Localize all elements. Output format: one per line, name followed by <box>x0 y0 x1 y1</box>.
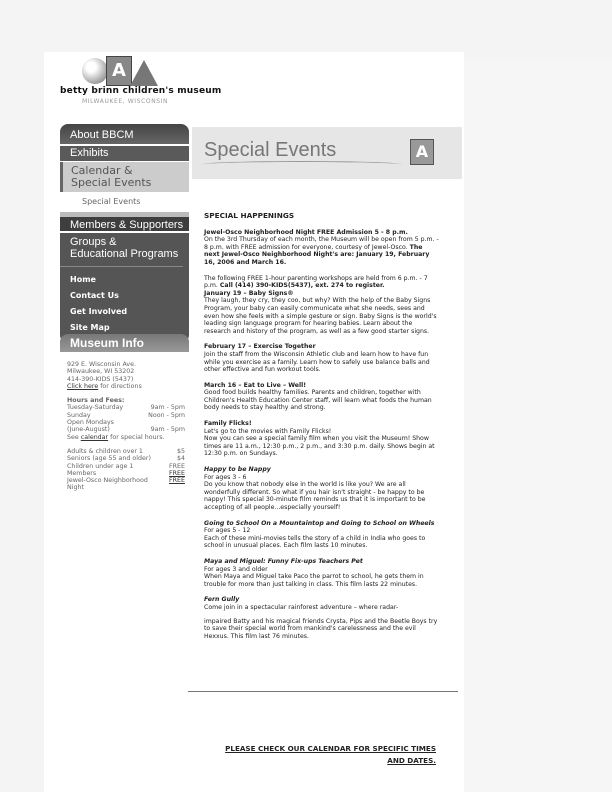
museum-logo[interactable]: A betty brinn children's museum MILWAUKE… <box>60 56 200 106</box>
scan-fold-line <box>188 691 458 692</box>
nav-groups-educational[interactable]: Groups & Educational Programs <box>60 233 183 267</box>
address-line1: 929 E. Wisconsin Ave. <box>67 361 185 368</box>
museum-info-heading: Museum Info <box>60 334 189 352</box>
workshops-intro: The following FREE 1-hour parenting work… <box>204 275 440 290</box>
sidebar-nav: About BBCM Exhibits Calendar & Special E… <box>60 124 189 343</box>
film-body: When Maya and Miguel take Paco the parro… <box>204 573 440 588</box>
hours-row: SundayNoon - 5pm <box>67 412 185 419</box>
event-title: March 16 – Eat to Live – Well! <box>204 382 440 390</box>
event-body: Now you can see a special family film wh… <box>204 435 440 458</box>
swoosh-decoration <box>202 161 402 168</box>
directions-link[interactable]: Click here <box>67 383 98 390</box>
nav-calendar-special-events[interactable]: Calendar & Special Events <box>60 162 189 192</box>
main-content: SPECIAL HAPPENINGS Jewel-Osco Neighborho… <box>204 212 440 640</box>
fee-row: Jewel-Osco NeighborhoodFREE <box>67 477 185 484</box>
film-body: Each of these mini-movies tells the stor… <box>204 535 440 550</box>
film-ages: For ages 5 - 12 <box>204 527 440 535</box>
film-ages: For ages 3 - 6 <box>204 474 440 482</box>
fee-row: Night <box>67 484 185 491</box>
event-body: On the 3rd Thursday of each month, the M… <box>204 236 440 266</box>
calendar-cta-link[interactable]: PLEASE CHECK OUR CALENDAR FOR SPECIFIC T… <box>204 743 436 767</box>
nav-about-bbcm[interactable]: About BBCM <box>60 124 189 146</box>
calendar-note: See calendar for special hours. <box>67 434 185 441</box>
nav-contact-us[interactable]: Contact Us <box>60 287 189 303</box>
film-body: Come join in a spectacular rainforest ad… <box>204 604 440 612</box>
event-title: February 17 – Exercise Together <box>204 343 440 351</box>
film-title: Happy to be Nappy <box>204 466 440 474</box>
event-body: Let's go to the movies with Family Flick… <box>204 428 440 436</box>
calendar-link[interactable]: calendar <box>81 434 108 441</box>
fee-row: Adults & children over 1$5 <box>67 448 185 455</box>
nav-home[interactable]: Home <box>60 271 189 287</box>
hours-row: Tuesday-Saturday9am - 5pm <box>67 404 185 411</box>
fee-row: MembersFREE <box>67 470 185 477</box>
hours-row: Open Mondays <box>67 419 185 426</box>
film-title: Going to School On a Mountaintop and Goi… <box>204 520 440 528</box>
alphabet-block-icon: A <box>410 139 434 165</box>
nav-members-supporters[interactable]: Members & Supporters <box>60 212 189 233</box>
scan-margin <box>464 60 612 792</box>
nav-groups-line1: Groups & <box>70 236 183 248</box>
logo-city: MILWAUKEE, WISCONSIN <box>82 98 168 105</box>
alphabet-block-icon: A <box>106 56 132 86</box>
hours-heading: Hours and Fees: <box>67 397 185 404</box>
event-title: Family Flicks! <box>204 420 440 428</box>
museum-info-panel: 929 E. Wisconsin Ave. Milwaukee, WI 5320… <box>67 361 185 492</box>
nav-get-involved[interactable]: Get Involved <box>60 303 189 319</box>
logo-name: betty brinn children's museum <box>60 86 221 96</box>
film-title: Fern Gully <box>204 596 440 604</box>
nav-site-map[interactable]: Site Map <box>60 319 189 335</box>
fee-row: Seniors (age 55 and older)$4 <box>67 455 185 462</box>
event-body: Join the staff from the Wisconsin Athlet… <box>204 351 440 374</box>
address-line2: Milwaukee, WI 53202 <box>67 368 185 375</box>
nav-sub-special-events[interactable]: Special Events <box>60 192 189 212</box>
film-ages: For ages 3 and older <box>204 566 440 574</box>
film-title: Maya and Miguel: Funny Fix-ups Teachers … <box>204 558 440 566</box>
nav-calendar-line2: Special Events <box>71 177 189 189</box>
page-title: Special Events <box>204 139 336 162</box>
nav-groups-line2: Educational Programs <box>70 248 183 260</box>
nav-utility-links: Home Contact Us Get Involved Site Map <box>60 267 189 335</box>
special-events-banner: Special Events A <box>192 127 462 179</box>
event-title: January 19 – Baby Signs® <box>204 290 440 298</box>
event-body: Good food builds healthy families. Paren… <box>204 389 440 412</box>
event-body: They laugh, they cry, they coo, but why?… <box>204 297 440 335</box>
nav-exhibits[interactable]: Exhibits <box>60 146 189 162</box>
section-heading: SPECIAL HAPPENINGS <box>204 212 440 220</box>
ball-icon <box>82 58 108 84</box>
nav-lower-panel: Members & Supporters Groups & Educationa… <box>60 212 189 343</box>
event-title: Jewel-Osco Neighborhood Night FREE Admis… <box>204 229 440 237</box>
phone: 414-390-KIDS (5437) <box>67 376 185 383</box>
pyramid-icon <box>130 60 158 86</box>
directions: Click here for directions <box>67 383 185 390</box>
hours-row: (June-August)9am - 5pm <box>67 426 185 433</box>
film-body: Do you know that nobody else in the worl… <box>204 481 440 511</box>
film-body: impaired Batty and his magical friends C… <box>204 618 440 641</box>
fee-row: Children under age 1FREE <box>67 463 185 470</box>
